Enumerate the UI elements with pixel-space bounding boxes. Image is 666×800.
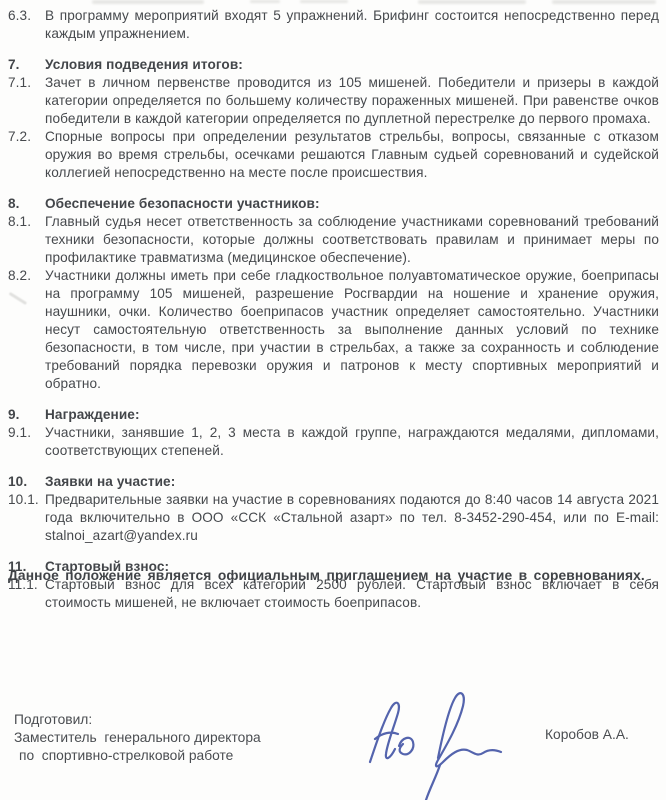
clause-10-1: 10.1. Предварительные заявки на участие … — [8, 491, 659, 545]
clause-number: 9.1. — [8, 424, 45, 442]
clause-list: 6.3. В программу мероприятий входят 5 уп… — [8, 7, 659, 612]
section-heading-10: 10. Заявки на участие: — [8, 473, 659, 491]
clause-text: В программу мероприятий входят 5 упражне… — [45, 7, 659, 43]
clause-text: Спорные вопросы при определении результа… — [45, 128, 659, 182]
clause-number: 7.2. — [8, 128, 45, 146]
clause-8-1: 8.1. Главный судья несет ответственность… — [8, 213, 659, 267]
scan-artifact — [552, 0, 656, 4]
section-title: Обеспечение безопасности участников: — [45, 195, 659, 213]
clause-number: 10.1. — [8, 491, 45, 509]
signature-ink — [358, 682, 508, 800]
closing-statement: Данное положение является официальным пр… — [8, 567, 660, 585]
clause-number: 8.1. — [8, 213, 45, 231]
clause-number: 8.2. — [8, 267, 45, 285]
clause-number: 7.1. — [8, 74, 45, 92]
scan-artifact — [418, 0, 526, 4]
clause-number: 7. — [8, 56, 45, 74]
clause-text: Главный судья несет ответственность за с… — [45, 213, 659, 267]
prepared-label: Подготовил: — [14, 711, 261, 729]
section-heading-7: 7. Условия подведения итогов: — [8, 56, 659, 74]
clause-text: Участники, занявшие 1, 2, 3 места в кажд… — [45, 424, 659, 460]
signer-name: Коробов А.А. — [545, 727, 629, 742]
signoff-block: Подготовил: Заместитель генерального дир… — [14, 711, 261, 765]
clause-6-3: 6.3. В программу мероприятий входят 5 уп… — [8, 7, 659, 43]
section-title: Заявки на участие: — [45, 473, 659, 491]
section-heading-8: 8. Обеспечение безопасности участников: — [8, 195, 659, 213]
scan-artifact — [92, 0, 204, 4]
clause-text: Зачет в личном первенстве проводится из … — [45, 74, 659, 128]
clause-number: 8. — [8, 195, 45, 213]
clause-8-2: 8.2. Участники должны иметь при себе гла… — [8, 267, 659, 393]
clause-number: 6.3. — [8, 7, 45, 25]
signer-role-line-1: Заместитель генерального директора — [14, 729, 261, 747]
clause-number: 9. — [8, 406, 45, 424]
section-title: Условия подведения итогов: — [45, 56, 659, 74]
signer-role-line-2: по спортивно-стрелковой работе — [14, 747, 261, 765]
clause-text: Участники должны иметь при себе гладкост… — [45, 267, 659, 393]
clause-7-2: 7.2. Спорные вопросы при определении рез… — [8, 128, 659, 182]
clause-number: 10. — [8, 473, 45, 491]
scan-artifact — [250, 0, 280, 3]
document-page: 6.3. В программу мероприятий входят 5 уп… — [0, 0, 666, 800]
clause-text: Предварительные заявки на участие в соре… — [45, 491, 659, 545]
section-title: Награждение: — [45, 406, 659, 424]
clause-7-1: 7.1. Зачет в личном первенстве проводитс… — [8, 74, 659, 128]
clause-9-1: 9.1. Участники, занявшие 1, 2, 3 места в… — [8, 424, 659, 460]
scan-artifact — [300, 0, 348, 3]
section-heading-9: 9. Награждение: — [8, 406, 659, 424]
